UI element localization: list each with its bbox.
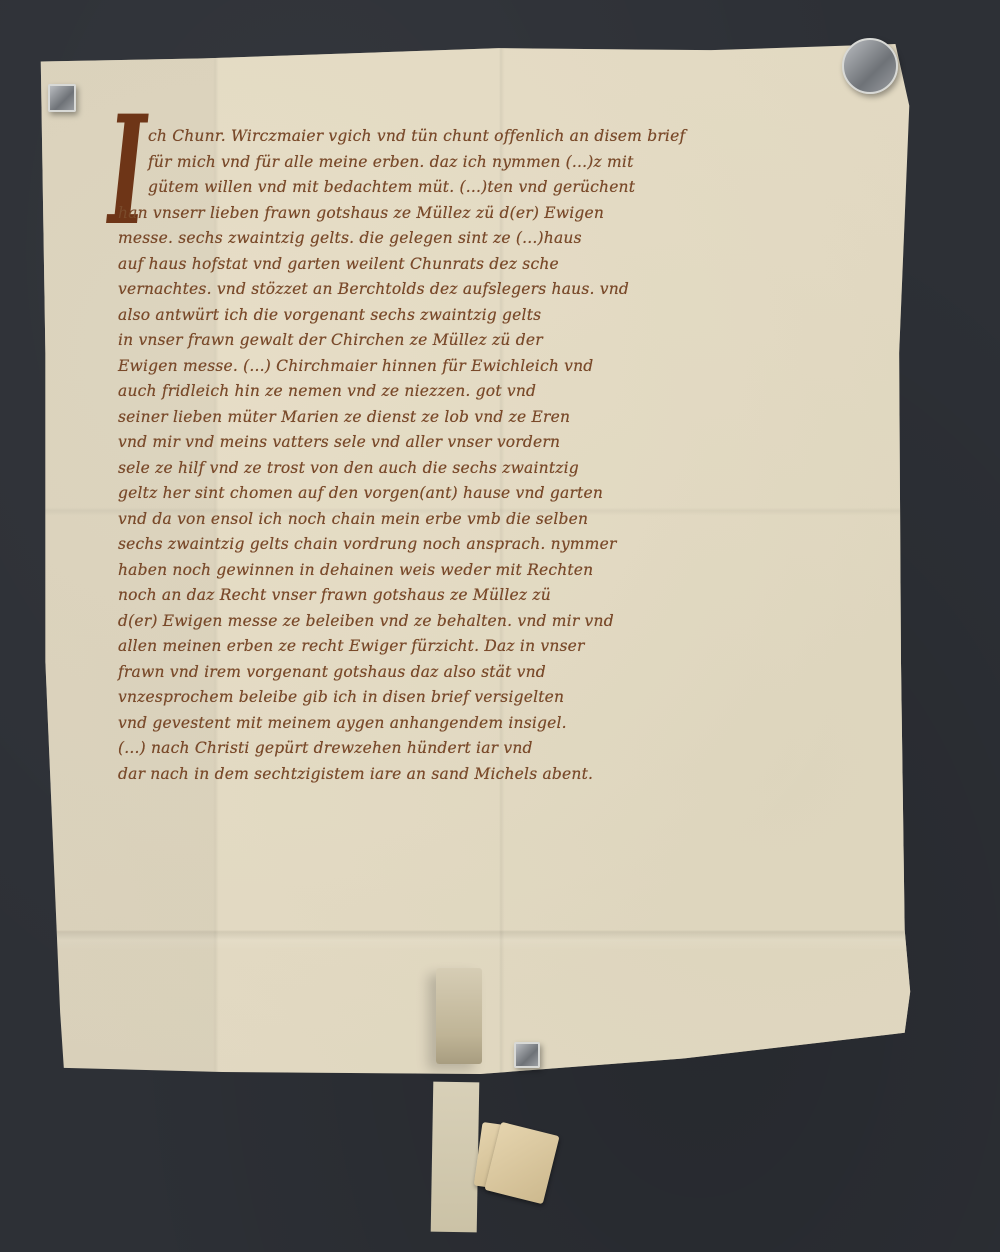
text-line: d(er) Ewigen messe ze beleiben vnd ze be… <box>118 609 888 635</box>
text-line: dar nach in dem sechtzigistem iare an sa… <box>118 762 888 788</box>
text-line: sechs zwaintzig gelts chain vordrung noc… <box>118 532 888 558</box>
text-line: haben noch gewinnen in dehainen weis wed… <box>118 558 888 584</box>
text-line: vnd da von ensol ich noch chain mein erb… <box>118 507 888 533</box>
text-line: han vnserr lieben frawn gotshaus ze Müll… <box>118 201 888 227</box>
text-line: geltz her sint chomen auf den vorgen(ant… <box>118 481 888 507</box>
text-line: noch an daz Recht vnser frawn gotshaus z… <box>118 583 888 609</box>
text-line: vernachtes. vnd stözzet an Berchtolds de… <box>118 277 888 303</box>
text-line: allen meinen erben ze recht Ewiger fürzi… <box>118 634 888 660</box>
text-line: seiner lieben müter Marien ze dienst ze … <box>118 405 888 431</box>
text-line: gütem willen vnd mit bedachtem müt. (...… <box>148 175 888 201</box>
text-line: auch fridleich hin ze nemen vnd ze niezz… <box>118 379 888 405</box>
round-pin-top-right-icon <box>842 38 898 94</box>
text-line: (...) nach Christi gepürt drewzehen hünd… <box>118 736 888 762</box>
text-line: also antwürt ich die vorgenant sechs zwa… <box>118 303 888 329</box>
text-line: messe. sechs zwaintzig gelts. die gelege… <box>118 226 888 252</box>
text-line: ch Chunr. Wirczmaier vgich vnd tün chunt… <box>148 124 888 150</box>
text-line: sele ze hilf vnd ze trost von den auch d… <box>118 456 888 482</box>
text-line: Ewigen messe. (...) Chirchmaier hinnen f… <box>118 354 888 380</box>
text-line: auf haus hofstat vnd garten weilent Chun… <box>118 252 888 278</box>
text-line: vnd gevestent mit meinem aygen anhangend… <box>118 711 888 737</box>
seal-tag-strip <box>431 1082 480 1233</box>
text-line: vnzesprochem beleibe gib ich in disen br… <box>118 685 888 711</box>
text-line: in vnser frawn gewalt der Chirchen ze Mü… <box>118 328 888 354</box>
text-line: frawn vnd irem vorgenant gotshaus daz al… <box>118 660 888 686</box>
square-pin-top-left-icon <box>48 84 76 112</box>
charter-text: ch Chunr. Wirczmaier vgich vnd tün chunt… <box>148 124 888 787</box>
seal-tag-loop <box>436 968 482 1064</box>
text-line: für mich vnd für alle meine erben. daz i… <box>148 150 888 176</box>
square-pin-bottom-icon <box>514 1042 540 1068</box>
text-line: vnd mir vnd meins vatters sele vnd aller… <box>118 430 888 456</box>
